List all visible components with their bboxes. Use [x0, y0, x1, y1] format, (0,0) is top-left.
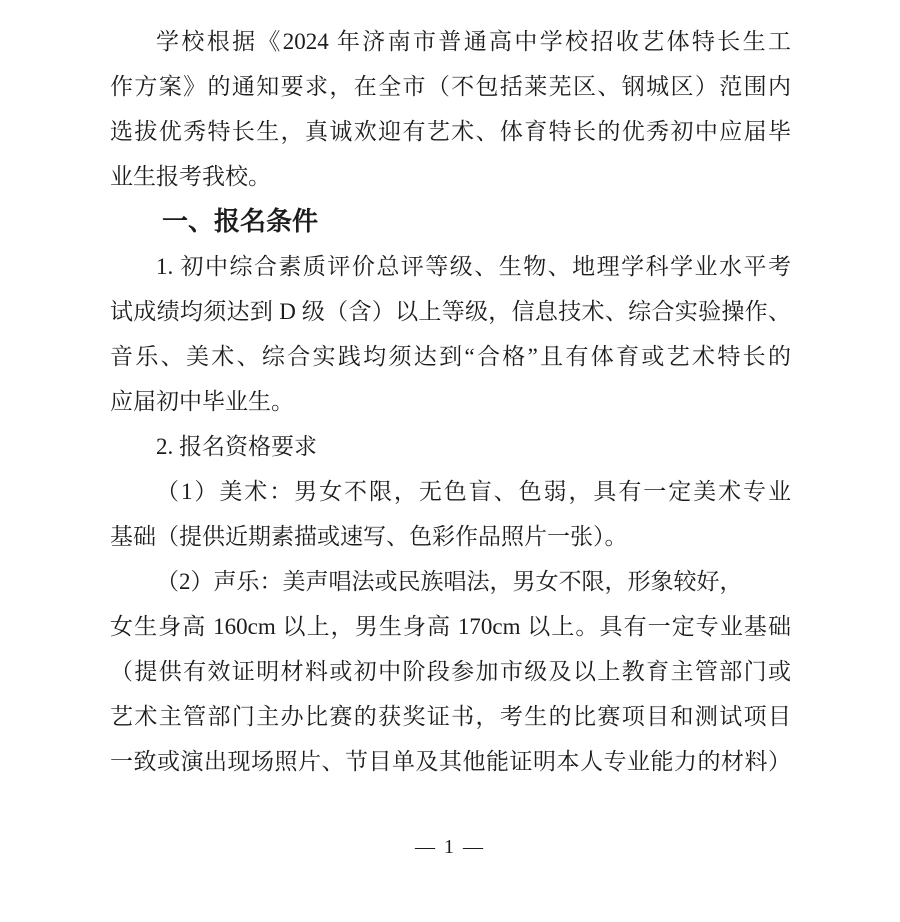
- text-line: 应届初中毕业生。: [110, 379, 791, 424]
- text-line: （提供有效证明材料或初中阶段参加市级及以上教育主管部门或: [110, 649, 791, 694]
- text-line: 业生报考我校。: [110, 154, 791, 199]
- document-page: 学校根据《2024 年济南市普通高中学校招收艺体特长生工 作方案》的通知要求，在…: [0, 0, 900, 922]
- text-line: 选拔优秀特长生，真诚欢迎有艺术、体育特长的优秀初中应届毕: [110, 109, 791, 154]
- section-heading: 一、报名条件: [110, 199, 791, 244]
- text-line: 一致或演出现场照片、节目单及其他能证明本人专业能力的材料）: [110, 739, 791, 784]
- text-line: 女生身高 160cm 以上，男生身高 170cm 以上。具有一定专业基础: [110, 604, 791, 649]
- text-line: 基础（提供近期素描或速写、色彩作品照片一张）。: [110, 514, 791, 559]
- text-line: （1）美术：男女不限，无色盲、色弱，具有一定美术专业: [110, 469, 791, 514]
- text-line: 音乐、美术、综合实践均须达到“合格”且有体育或艺术特长的: [110, 334, 791, 379]
- text-line: 1. 初中综合素质评价总评等级、生物、地理学科学业水平考: [110, 244, 791, 289]
- text-line: 2. 报名资格要求: [110, 424, 791, 469]
- text-line: 艺术主管部门主办比赛的获奖证书，考生的比赛项目和测试项目: [110, 694, 791, 739]
- text-line: 学校根据《2024 年济南市普通高中学校招收艺体特长生工: [110, 19, 791, 64]
- text-block: 学校根据《2024 年济南市普通高中学校招收艺体特长生工 作方案》的通知要求，在…: [110, 19, 791, 784]
- text-line: （2）声乐：美声唱法或民族唱法，男女不限，形象较好，: [110, 559, 791, 604]
- text-line: 作方案》的通知要求，在全市（不包括莱芜区、钢城区）范围内: [110, 64, 791, 109]
- page-number: — 1 —: [0, 836, 900, 859]
- text-line: 试成绩均须达到 D 级（含）以上等级，信息技术、综合实验操作、: [110, 289, 791, 334]
